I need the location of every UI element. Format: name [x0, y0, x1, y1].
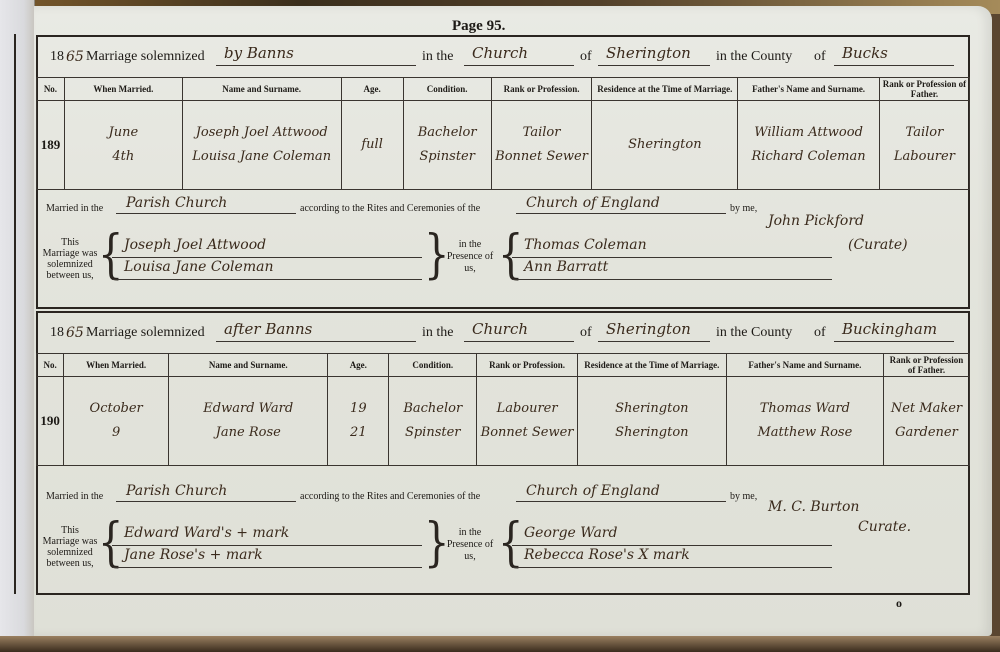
bride-age: 21: [331, 421, 385, 445]
this-marriage-label: This Marriage was solemnized between us,: [42, 237, 98, 281]
in-presence-label: in the Presence of us,: [444, 239, 496, 275]
by-me-label: by me,: [730, 491, 757, 502]
place-type: Church: [472, 44, 528, 62]
residence: Sherington: [595, 133, 734, 157]
place-type: Church: [472, 320, 528, 338]
bride-name: Louisa Jane Coleman: [186, 145, 338, 169]
bride-condition: Spinster: [392, 421, 473, 445]
col-residence: Residence at the Time of Marriage.: [577, 354, 726, 377]
year-suffix: 65: [66, 325, 84, 341]
marriage-entry-190: 18 65 Marriage solemnized after Banns in…: [36, 311, 970, 595]
groom-name: Joseph Joel Attwood: [186, 121, 338, 145]
signatures-block: This Marriage was solemnized between us,…: [42, 233, 962, 297]
married-in-label: Married in the: [46, 491, 103, 502]
this-marriage-label: This Marriage was solemnized between us,: [42, 525, 98, 569]
entry-heading: 18 65 Marriage solemnized after Banns in…: [46, 321, 960, 347]
solemnized-label: Marriage solemnized: [86, 325, 205, 341]
when-month: June: [68, 121, 179, 145]
witness-2-signature: Rebecca Rose's X mark: [524, 547, 690, 563]
place-name: Sherington: [606, 320, 691, 338]
rites-label: according to the Rites and Ceremonies of…: [300, 491, 480, 502]
county-name: Buckingham: [842, 320, 937, 338]
groom-age: 19: [331, 397, 385, 421]
married-in-place: Parish Church: [126, 483, 227, 499]
witness-1-signature: Thomas Coleman: [524, 237, 647, 253]
col-rank: Rank or Profession.: [477, 354, 578, 377]
place-name: Sherington: [606, 44, 691, 62]
col-residence: Residence at the Time of Marriage.: [592, 78, 738, 101]
col-father: Father's Name and Surname.: [726, 354, 883, 377]
entry-number: 190: [37, 377, 64, 466]
rites-label: according to the Rites and Ceremonies of…: [300, 203, 480, 214]
solemnized-by: after Banns: [224, 320, 312, 338]
when-day: 4th: [68, 145, 179, 169]
groom-residence: Sherington: [581, 397, 723, 421]
col-father-rank: Rank or Profession of Father.: [883, 354, 969, 377]
groom-father-rank: Tailor: [883, 121, 966, 145]
year-prefix: 18: [50, 325, 64, 341]
bride-name: Jane Rose: [172, 421, 324, 445]
col-no: No.: [37, 354, 64, 377]
groom-signature: Joseph Joel Attwood: [124, 237, 266, 253]
bride-father: Richard Coleman: [741, 145, 876, 169]
register-table: No. When Married. Name and Surname. Age.…: [36, 353, 970, 466]
officiant-name: M. C. Burton: [768, 499, 859, 515]
age: full: [345, 133, 400, 157]
county-of-label: of: [814, 325, 826, 341]
county-label: in the County: [716, 49, 792, 65]
witness-2-signature: Ann Barratt: [524, 259, 608, 275]
bride-signature: Jane Rose's + mark: [124, 547, 263, 563]
register-table: No. When Married. Name and Surname. Age.…: [36, 77, 970, 190]
married-in-label: Married in the: [46, 203, 103, 214]
bride-residence: Sherington: [581, 421, 723, 445]
table-row: 189 June4th Joseph Joel AttwoodLouisa Ja…: [37, 101, 970, 190]
groom-father: William Attwood: [741, 121, 876, 145]
signatures-block: This Marriage was solemnized between us,…: [42, 521, 962, 585]
county-label: in the County: [716, 325, 792, 341]
bride-signature: Louisa Jane Coleman: [124, 259, 273, 275]
rites-value: Church of England: [526, 195, 660, 211]
groom-rank: Labourer: [480, 397, 574, 421]
bride-father-rank: Labourer: [883, 145, 966, 169]
in-the-label: in the: [422, 325, 454, 341]
groom-name: Edward Ward: [172, 397, 324, 421]
witness-1-signature: George Ward: [524, 525, 617, 541]
col-name: Name and Surname.: [169, 354, 328, 377]
solemnized-by: by Banns: [224, 44, 294, 62]
county-of-label: of: [814, 49, 826, 65]
of-label: of: [580, 325, 592, 341]
when-day: 9: [67, 421, 165, 445]
col-father: Father's Name and Surname.: [738, 78, 880, 101]
when-month: October: [67, 397, 165, 421]
of-label: of: [580, 49, 592, 65]
bride-father-rank: Gardener: [887, 421, 966, 445]
page-footer-mark: o: [896, 596, 902, 611]
table-row: 190 October9 Edward WardJane Rose 1921 B…: [37, 377, 970, 466]
col-age: Age.: [328, 354, 389, 377]
married-in-place: Parish Church: [126, 195, 227, 211]
col-father-rank: Rank or Profession of Father.: [879, 78, 969, 101]
year-suffix: 65: [66, 49, 84, 65]
groom-rank: Tailor: [495, 121, 589, 145]
bride-father: Matthew Rose: [730, 421, 880, 445]
entry-number: 189: [37, 101, 65, 190]
page-number: Page 95.: [452, 18, 505, 35]
entry-heading: 18 65 Marriage solemnized by Banns in th…: [46, 45, 960, 71]
rites-value: Church of England: [526, 483, 660, 499]
col-rank: Rank or Profession.: [491, 78, 592, 101]
in-presence-label: in the Presence of us,: [444, 527, 496, 563]
col-when: When Married.: [64, 78, 182, 101]
col-no: No.: [37, 78, 65, 101]
groom-condition: Bachelor: [407, 121, 488, 145]
bride-rank: Bonnet Sewer: [480, 421, 574, 445]
col-age: Age.: [341, 78, 403, 101]
left-page-edge: [0, 0, 35, 640]
bride-condition: Spinster: [407, 145, 488, 169]
in-the-label: in the: [422, 49, 454, 65]
solemnized-label: Marriage solemnized: [86, 49, 205, 65]
col-condition: Condition.: [403, 78, 491, 101]
register-page: Page 95. 18 65 Marriage solemnized by Ba…: [34, 6, 992, 636]
year-prefix: 18: [50, 49, 64, 65]
county-name: Bucks: [842, 44, 888, 62]
by-me-label: by me,: [730, 203, 757, 214]
col-condition: Condition.: [389, 354, 477, 377]
groom-father-rank: Net Maker: [887, 397, 966, 421]
col-name: Name and Surname.: [182, 78, 341, 101]
groom-condition: Bachelor: [392, 397, 473, 421]
marriage-entry-189: 18 65 Marriage solemnized by Banns in th…: [36, 35, 970, 309]
officiant-name: John Pickford: [768, 213, 864, 229]
bride-rank: Bonnet Sewer: [495, 145, 589, 169]
groom-signature: Edward Ward's + mark: [124, 525, 289, 541]
book-bottom-edge: [0, 636, 1000, 652]
groom-father: Thomas Ward: [730, 397, 880, 421]
col-when: When Married.: [64, 354, 169, 377]
